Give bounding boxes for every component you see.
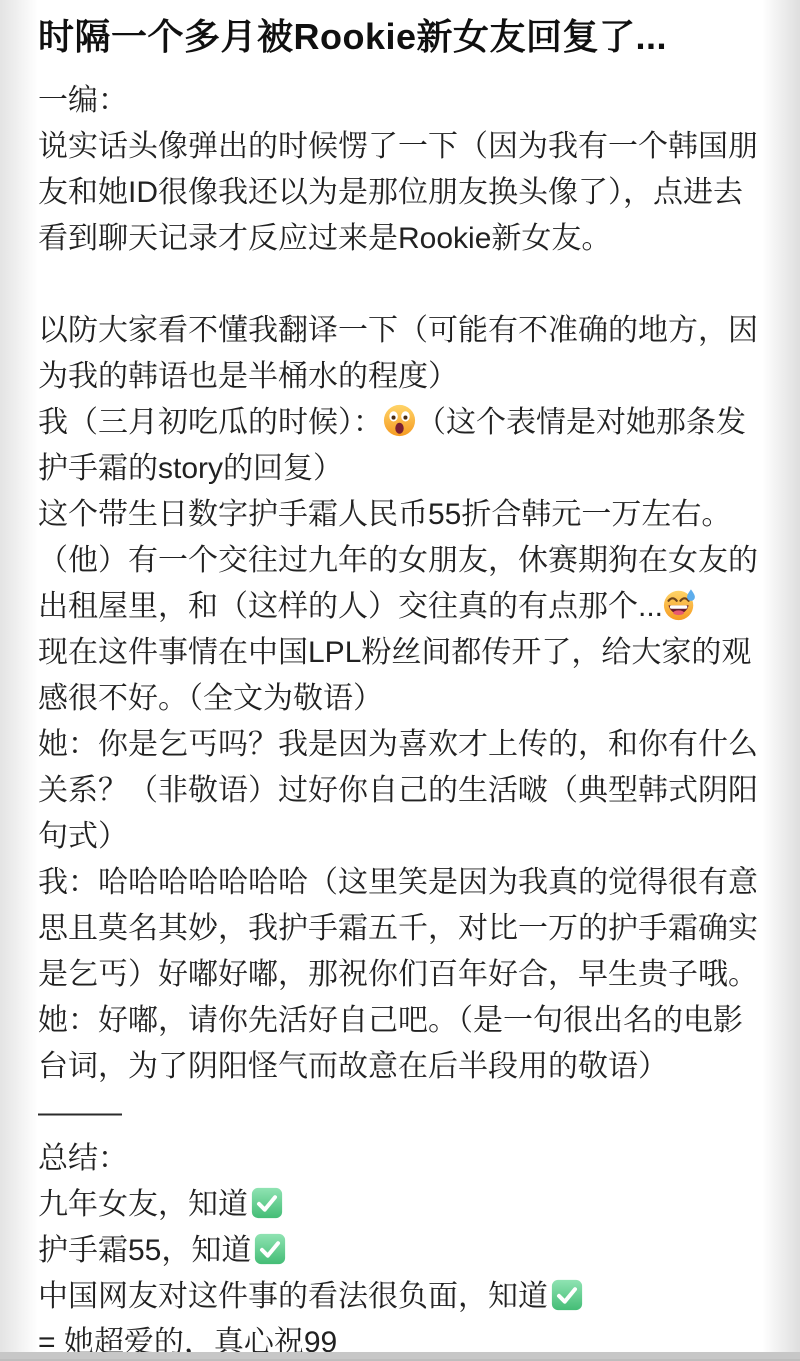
summary-item: 中国网友对这件事的看法很负面，知道 bbox=[38, 1274, 764, 1320]
bottom-divider-bar bbox=[0, 1352, 800, 1361]
paragraph-translate-note: 以防大家看不懂我翻译一下（可能有不准确的地方，因为我的韩语也是半桶水的程度） bbox=[38, 308, 764, 400]
paragraph-handcream-price: 这个带生日数字护手霜人民币55折合韩元一万左右。 bbox=[38, 492, 764, 538]
summary-item-text: 护手霜55，知道 bbox=[38, 1234, 251, 1267]
grinning-face-with-sweat-icon bbox=[663, 588, 696, 621]
post-title: 时隔一个多月被Rookie新女友回复了... bbox=[38, 12, 764, 62]
summary-item-text: 中国网友对这件事的看法很负面，知道 bbox=[38, 1280, 548, 1313]
paragraph-intro: 说实话头像弹出的时候愣了一下（因为我有一个韩国朋友和她ID很像我还以为是那位朋友… bbox=[38, 124, 764, 262]
divider-line: ——— bbox=[38, 1090, 764, 1136]
paragraph-her-last-reply: 她：好嘟，请你先活好自己吧。（是一句很出名的电影台词，为了阴阳怪气而故意在后半段… bbox=[38, 998, 764, 1090]
blank-line bbox=[38, 262, 764, 308]
summary-item: 护手霜55，知道 bbox=[38, 1228, 764, 1274]
paragraph-her-reply: 她：你是乞丐吗？我是因为喜欢才上传的，和你有什么关系？（非敬语）过好你自己的生活… bbox=[38, 722, 764, 860]
check-mark-icon bbox=[551, 1279, 583, 1311]
check-mark-icon bbox=[251, 1187, 283, 1219]
me-first-text-before: 我（三月初吃瓜的时候）： bbox=[38, 406, 383, 439]
summary-item: 九年女友，知道 bbox=[38, 1182, 764, 1228]
post-page: 时隔一个多月被Rookie新女友回复了... 一编： 说实话头像弹出的时候愣了一… bbox=[0, 0, 800, 1361]
summary-item-text: 九年女友，知道 bbox=[38, 1188, 248, 1221]
astonished-face-icon bbox=[383, 404, 416, 437]
byline: 一编： bbox=[38, 78, 764, 124]
nine-years-text: （他）有一个交往过九年的女朋友，休赛期狗在女友的出租屋里，和（这样的人）交往真的… bbox=[38, 544, 758, 623]
paragraph-lpl-spread: 现在这件事情在中国LPL粉丝间都传开了，给大家的观感很不好。（全文为敬语） bbox=[38, 630, 764, 722]
summary-heading: 总结： bbox=[38, 1136, 764, 1182]
paragraph-my-reply: 我：哈哈哈哈哈哈哈（这里笑是因为我真的觉得很有意思且莫名其妙，我护手霜五千，对比… bbox=[38, 860, 764, 998]
paragraph-me-first: 我（三月初吃瓜的时候）： （这个表情是对她那条发护手霜的story的回复） bbox=[38, 400, 764, 492]
paragraph-nine-years: （他）有一个交往过九年的女朋友，休赛期狗在女友的出租屋里，和（这样的人）交往真的… bbox=[38, 538, 764, 630]
check-mark-icon bbox=[254, 1233, 286, 1265]
